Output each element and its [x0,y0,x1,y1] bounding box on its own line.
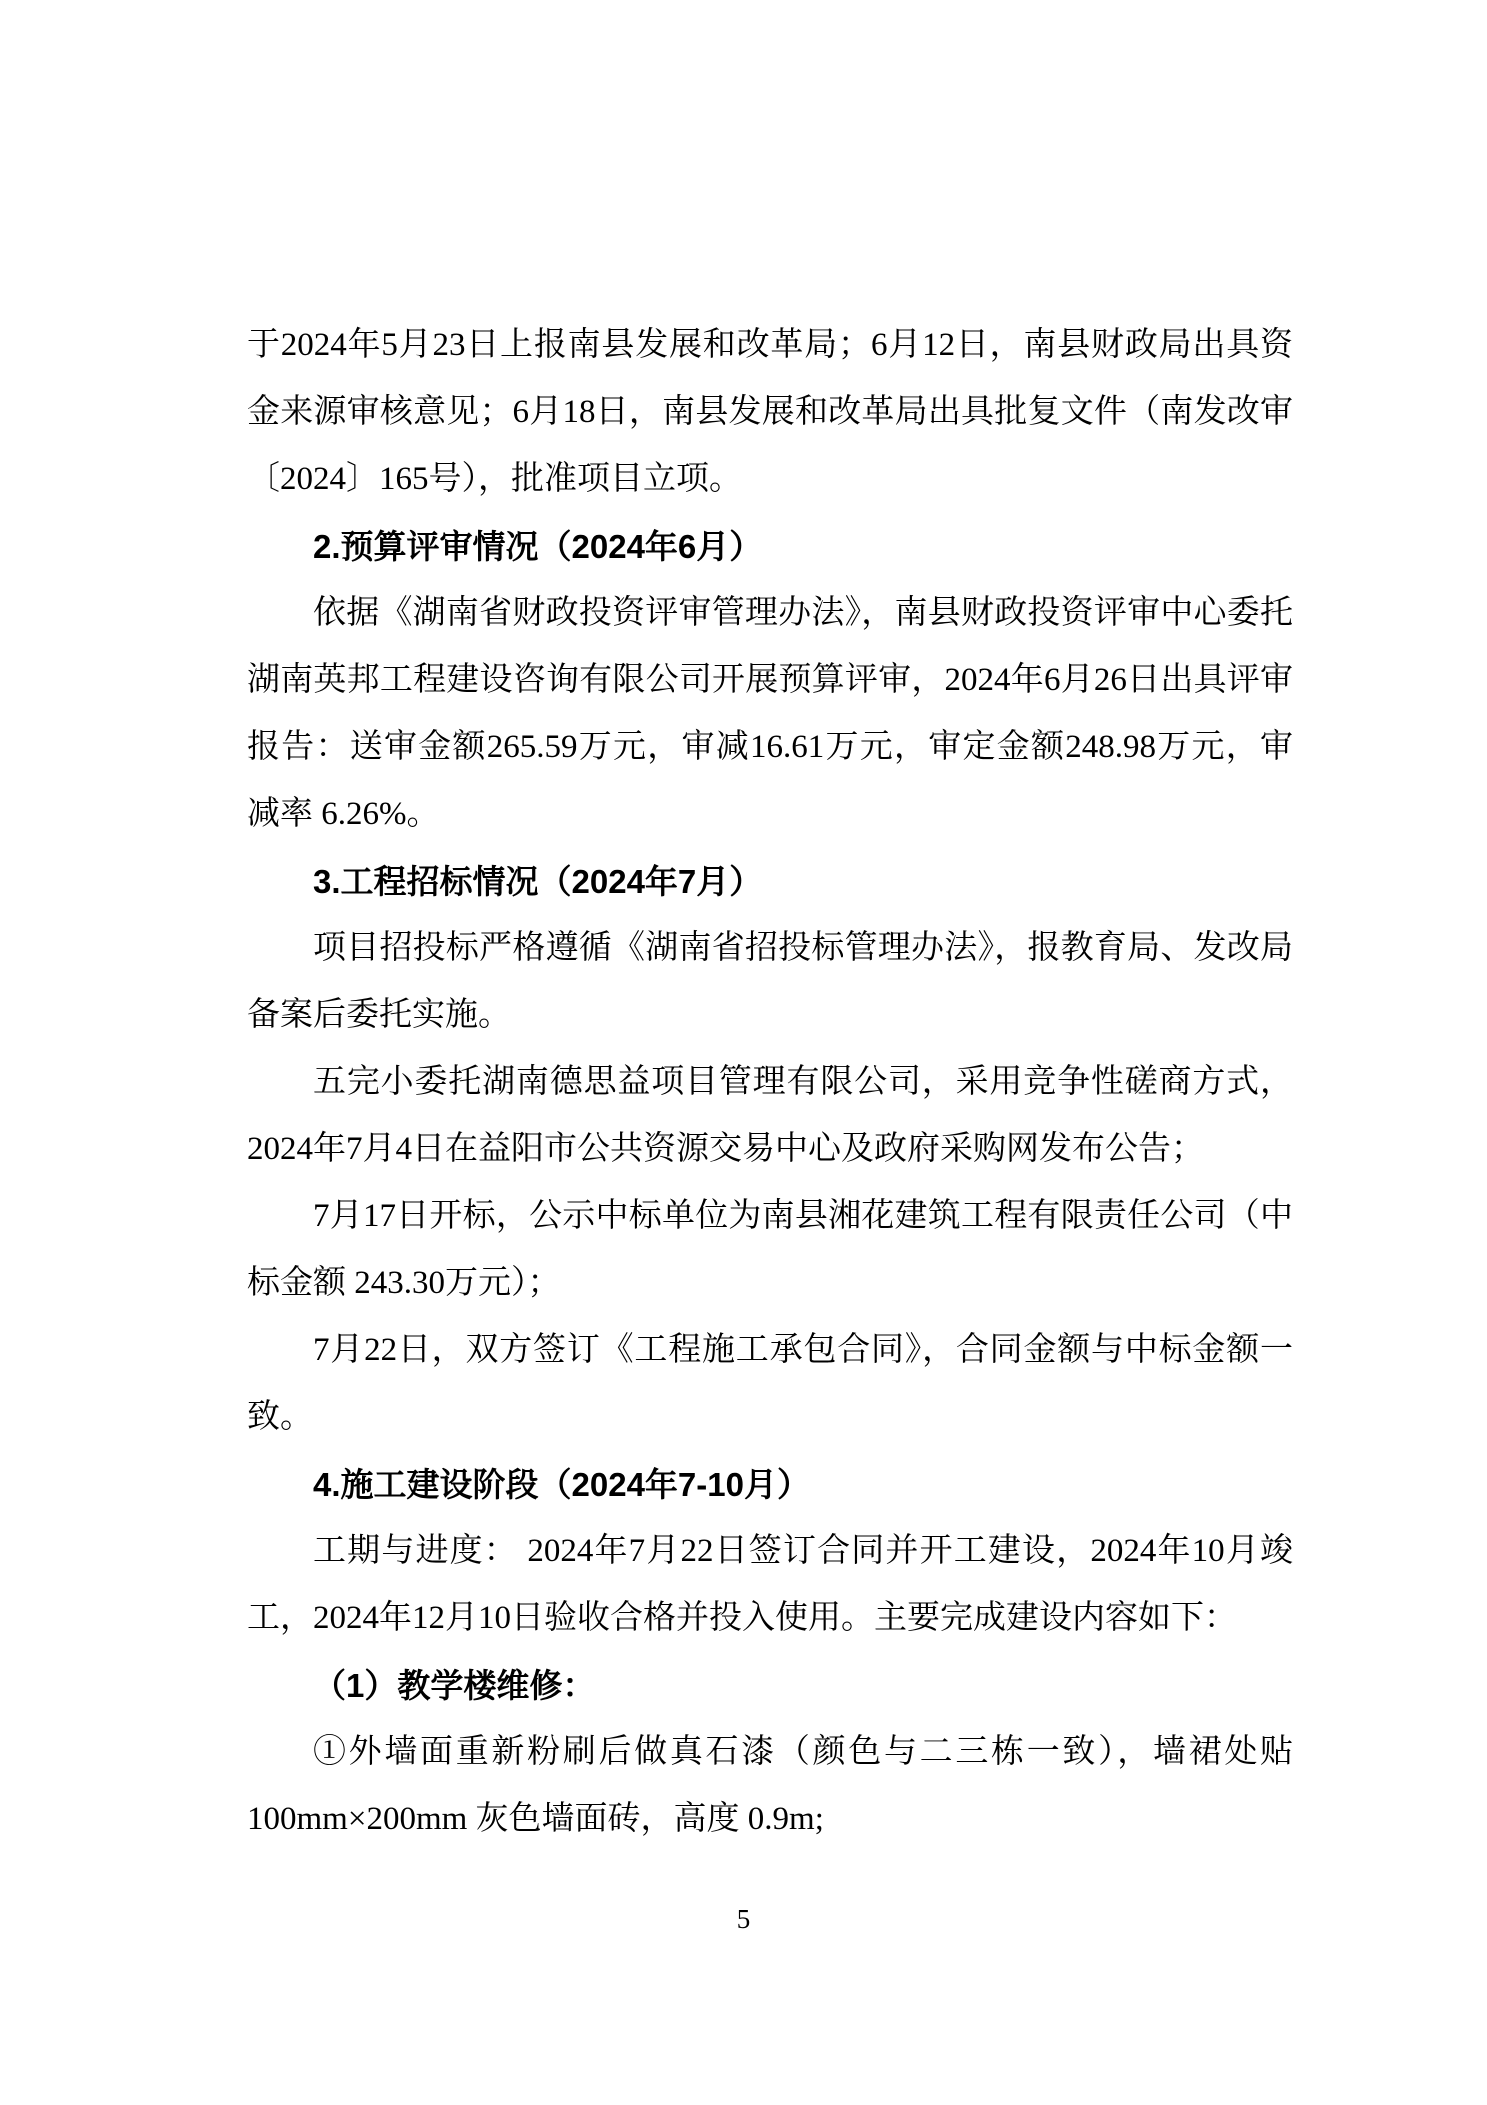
document-page: 于2024年5月23日上报南县发展和改革局；6月12日，南县财政局出具资金来源审… [0,0,1487,2105]
document-body: 于2024年5月23日上报南县发展和改革局；6月12日，南县财政局出具资金来源审… [247,312,1293,1853]
body-paragraph: 7月22日，双方签订《工程施工承包合同》，合同金额与中标金额一致。 [247,1317,1293,1451]
body-paragraph: 7月17日开标，公示中标单位为南县湘花建筑工程有限责任公司（中标金额 243.3… [247,1183,1293,1317]
body-paragraph: 工期与进度： 2024年7月22日签订合同并开工建设，2024年10月竣工，20… [247,1518,1293,1652]
body-paragraph: 项目招投标严格遵循《湖南省招投标管理办法》，报教育局、发改局备案后委托实施。 [247,915,1293,1049]
body-paragraph: 依据《湖南省财政投资评审管理办法》，南县财政投资评审中心委托湖南英邦工程建设咨询… [247,580,1293,848]
body-paragraph: 于2024年5月23日上报南县发展和改革局；6月12日，南县财政局出具资金来源审… [247,312,1293,513]
section-heading: 2.预算评审情况（2024年6月） [247,513,1293,580]
sub-section-heading: （1）教学楼维修： [247,1652,1293,1719]
page-number: 5 [0,1903,1487,1935]
section-heading: 3.工程招标情况（2024年7月） [247,848,1293,915]
body-paragraph: ①外墙面重新粉刷后做真石漆（颜色与二三栋一致），墙裙处贴100mm×200mm … [247,1719,1293,1853]
section-heading: 4.施工建设阶段（2024年7-10月） [247,1451,1293,1518]
body-paragraph: 五完小委托湖南德思益项目管理有限公司，采用竞争性磋商方式，2024年7月4日在益… [247,1049,1293,1183]
